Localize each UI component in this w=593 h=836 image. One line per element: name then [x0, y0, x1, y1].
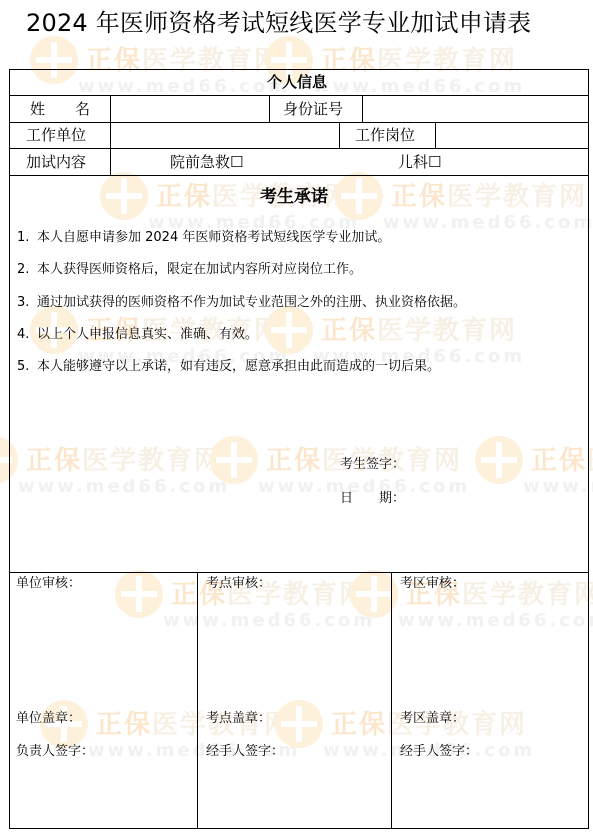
table-border-top — [9, 69, 589, 70]
exam-content-label: 加试内容 — [26, 152, 86, 172]
col-divider — [362, 95, 363, 122]
col-divider — [110, 95, 111, 175]
col-divider — [339, 122, 340, 148]
pledge-item: 本人获得医师资格后，限定在加试内容所对应岗位工作。 — [37, 260, 362, 280]
work-unit-field[interactable] — [112, 124, 338, 147]
exam-district-seal-label: 考区盖章： — [400, 709, 465, 729]
id-number-label: 身份证号 — [283, 99, 343, 119]
pledge-item-num: 2. — [17, 260, 29, 280]
section-title-personal-info: 个人信息 — [267, 72, 327, 92]
id-number-field[interactable] — [364, 97, 587, 121]
pledge-item-num: 3. — [17, 293, 29, 313]
pledge-item: 本人能够遵守以上承诺，如有违反，愿意承担由此而造成的一切后果。 — [37, 357, 440, 377]
name-field[interactable] — [112, 97, 268, 121]
position-field[interactable] — [437, 124, 587, 147]
row-divider — [9, 572, 589, 573]
table-border-right — [588, 69, 589, 829]
row-divider — [9, 148, 589, 149]
pledge-item: 通过加试获得的医师资格不作为加试专业范围之外的注册、执业资格依据。 — [37, 293, 466, 313]
pledge-title: 考生承诺 — [260, 187, 328, 207]
option-pediatrics-checkbox[interactable]: 儿科☐ — [398, 152, 441, 172]
pledge-item-num: 4. — [17, 325, 29, 345]
handler-signature-label: 经手人签字： — [400, 742, 478, 762]
row-divider — [9, 122, 589, 123]
responsible-person-signature-label: 负责人签字： — [16, 742, 94, 762]
pledge-item-num: 5. — [17, 357, 29, 377]
col-divider — [391, 572, 392, 828]
col-divider — [435, 122, 436, 148]
position-label: 工作岗位 — [355, 125, 415, 145]
pledge-item: 以上个人申报信息真实、准确、有效。 — [37, 325, 258, 345]
exam-district-review-label: 考区审核： — [400, 574, 465, 594]
col-divider — [197, 572, 198, 828]
row-divider — [9, 95, 589, 96]
pledge-item-num: 1. — [17, 228, 29, 248]
pledge-item: 本人自愿申请参加 2024 年医师资格考试短线医学专业加试。 — [37, 228, 390, 248]
work-unit-label: 工作单位 — [26, 125, 86, 145]
date-label: 日 期： — [340, 489, 405, 509]
row-divider — [9, 175, 589, 176]
table-border-bottom — [9, 828, 589, 829]
unit-seal-label: 单位盖章： — [16, 709, 81, 729]
table-border-left — [9, 69, 10, 829]
option-prehospital-emergency-checkbox[interactable]: 院前急救☐ — [170, 152, 243, 172]
exam-site-seal-label: 考点盖章： — [206, 709, 271, 729]
handler-signature-label: 经手人签字： — [206, 742, 284, 762]
col-divider — [269, 95, 270, 122]
unit-review-label: 单位审核： — [16, 574, 81, 594]
exam-site-review-label: 考点审核： — [206, 574, 271, 594]
candidate-signature-label: 考生签字： — [340, 455, 405, 475]
page-title: 2024 年医师资格考试短线医学专业加试申请表 — [26, 6, 531, 40]
name-label: 姓 名 — [30, 99, 90, 119]
